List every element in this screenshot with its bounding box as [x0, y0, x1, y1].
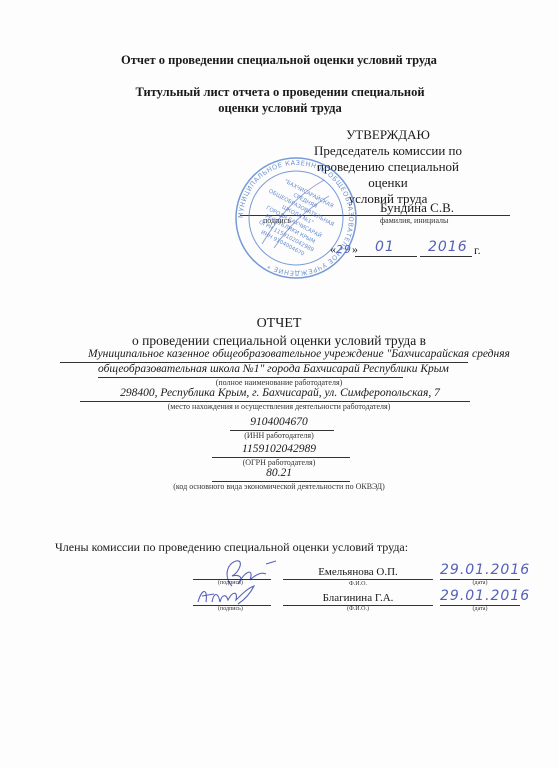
- document-subtitle: Титульный лист отчета о проведении специ…: [90, 84, 470, 116]
- members-heading: Члены комиссии по проведению специальной…: [55, 540, 408, 555]
- employer-caption: (полное наименование работодателя): [0, 378, 558, 387]
- member-2-date: 29.01.2016: [440, 588, 530, 604]
- date-year-line: [420, 256, 472, 257]
- member-1-name: Емельянова О.П.: [283, 566, 433, 578]
- employer-name-line-1: Муниципальное казенное общеобразовательн…: [88, 348, 510, 360]
- employer-name-line-2: общеобразовательная школа №1" города Бах…: [98, 363, 449, 375]
- organization-stamp-icon: МУНИЦИПАЛЬНОЕ КАЗЕННОЕ ОБЩЕОБРАЗОВАТЕЛЬН…: [234, 156, 358, 280]
- member-1-name-caption: Ф.И.О.: [283, 581, 433, 587]
- ogrn-value: 1159102042989: [0, 443, 558, 455]
- document-title: Отчет о проведении специальной оценки ус…: [0, 53, 558, 68]
- ogrn-caption: (ОГРН работодателя): [0, 458, 558, 467]
- member-2-name-caption: (Ф.И.О.): [283, 606, 433, 612]
- subtitle-line-2: оценки условий труда: [90, 100, 470, 116]
- approval-heading: УТВЕРЖДАЮ: [298, 127, 478, 143]
- subtitle-line-1: Титульный лист отчета о проведении специ…: [90, 84, 470, 100]
- name-caption: фамилия, инициалы: [380, 216, 448, 225]
- inn-value: 9104004670: [0, 416, 558, 428]
- okved-caption: (код основного вида экономической деятел…: [0, 482, 558, 491]
- member-2-sign-caption: (подпись): [218, 606, 243, 612]
- member-1-date-caption: (дата): [440, 580, 520, 586]
- svg-text:МУНИЦИПАЛЬНОЕ КАЗЕННОЕ ОБЩЕОБР: МУНИЦИПАЛЬНОЕ КАЗЕННОЕ ОБЩЕОБРАЗОВАТЕЛЬН…: [237, 159, 355, 277]
- inn-caption: (ИНН работодателя): [0, 431, 558, 440]
- okved-value: 80.21: [0, 467, 558, 479]
- member-2-date-caption: (дата): [440, 606, 520, 612]
- date-year: 2016: [428, 239, 468, 255]
- address-caption: (место нахождения и осуществления деятел…: [0, 402, 558, 411]
- member-2-name: Благинина Г.А.: [283, 592, 433, 604]
- employer-address: 298400, Республика Крым, г. Бахчисарай, …: [60, 387, 500, 399]
- report-heading-sub: о проведении специальной оценки условий …: [0, 333, 558, 349]
- date-suffix: г.: [474, 243, 481, 258]
- chairman-name: Бундина С.В.: [380, 200, 454, 216]
- member-1-name-line: [283, 579, 433, 580]
- date-month-line: [355, 256, 417, 257]
- report-heading: ОТЧЕТ: [0, 316, 558, 332]
- member-1-date: 29.01.2016: [440, 562, 530, 578]
- date-month: 01: [375, 239, 395, 255]
